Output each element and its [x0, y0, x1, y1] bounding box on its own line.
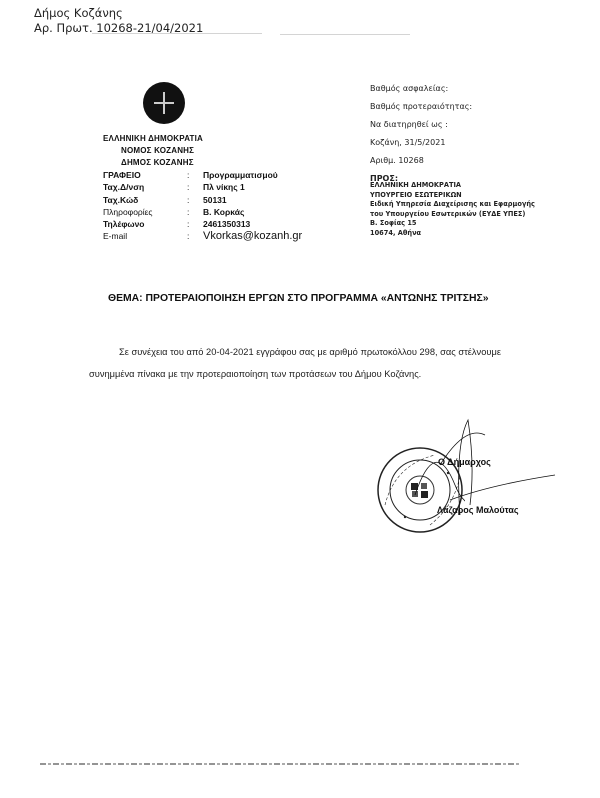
document-date: Κοζάνη, 31/5/2021 — [370, 134, 472, 152]
info-row-contact: Πληροφορίες : Β. Κορκάς — [103, 206, 302, 218]
security-level: Βαθμός ασφαλείας: — [370, 80, 472, 98]
recipient-line: Β. Σοφίας 15 — [370, 219, 535, 229]
municipality-label: Δήμος Κοζάνης — [34, 6, 203, 21]
recipient-line: ΥΠΟΥΡΓΕΙΟ ΕΣΩΤΕΡΙΚΩΝ — [370, 191, 535, 201]
header-municipality: ΔΗΜΟΣ ΚΟΖΑΝΗΣ — [121, 158, 194, 167]
recipient-block: ΕΛΛΗΝΙΚΗ ΔΗΜΟΚΡΑΤΙΑ ΥΠΟΥΡΓΕΙΟ ΕΣΩΤΕΡΙΚΩΝ… — [370, 181, 535, 239]
info-row-postcode: Ταχ.Κώδ : 50131 — [103, 194, 302, 206]
email-link[interactable]: Vkorkas@kozanh.gr — [203, 230, 302, 242]
recipient-line: Ειδική Υπηρεσία Διαχείρισης και Εφαρμογή… — [370, 200, 535, 210]
info-row-phone: Τηλέφωνο : 2461350313 — [103, 218, 302, 230]
protocol-stamp: Δήμος Κοζάνης Αρ. Πρωτ. 10268-21/04/2021 — [34, 6, 203, 36]
scan-artifact-line — [280, 34, 410, 35]
header-country: ΕΛΛΗΝΙΚΗ ΔΗΜΟΚΡΑΤΙΑ — [103, 134, 203, 143]
emblem-icon — [143, 82, 185, 124]
info-row-office: ΓΡΑΦΕΙΟ : Προγραμματισμού — [103, 169, 302, 181]
footer-artifact-line — [40, 763, 520, 765]
body-line: συνημμένα πίνακα με την προτεραιοποίηση … — [89, 363, 549, 385]
document-meta: Βαθμός ασφαλείας: Βαθμός προτεραιότητας:… — [370, 80, 472, 188]
letter-body: Σε συνέχεια του από 20-04-2021 εγγράφου … — [89, 341, 549, 385]
signatory-name: Λάζαρος Μαλούτας — [437, 505, 519, 515]
recipient-line: του Υπουργείου Εσωτερικών (ΕΥΔΕ ΥΠΕΣ) — [370, 210, 535, 220]
info-row-address: Ταχ.Δ/νση : Πλ νίκης 1 — [103, 181, 302, 193]
info-row-email: E-mail : Vkorkas@kozanh.gr — [103, 230, 302, 242]
body-line: Σε συνέχεια του από 20-04-2021 εγγράφου … — [89, 341, 549, 363]
retention: Να διατηρηθεί ως : — [370, 116, 472, 134]
document-number: Αριθμ. 10268 — [370, 152, 472, 170]
priority-level: Βαθμός προτεραιότητας: — [370, 98, 472, 116]
recipient-line: ΕΛΛΗΝΙΚΗ ΔΗΜΟΚΡΑΤΙΑ — [370, 181, 535, 191]
sender-info: ΓΡΑΦΕΙΟ : Προγραμματισμού Ταχ.Δ/νση : Πλ… — [103, 169, 302, 243]
signatory-title: Ο Δήμαρχος — [438, 457, 491, 467]
subject-line: ΘΕΜΑ: ΠΡΟΤΕΡΑΙΟΠΟΙΗΣΗ ΕΡΓΩΝ ΣΤΟ ΠΡΟΓΡΑΜΜ… — [108, 293, 489, 304]
recipient-line: 10674, Αθήνα — [370, 229, 535, 239]
scan-artifact-line — [92, 33, 262, 34]
header-prefecture: ΝΟΜΟΣ ΚΟΖΑΝΗΣ — [121, 146, 194, 155]
